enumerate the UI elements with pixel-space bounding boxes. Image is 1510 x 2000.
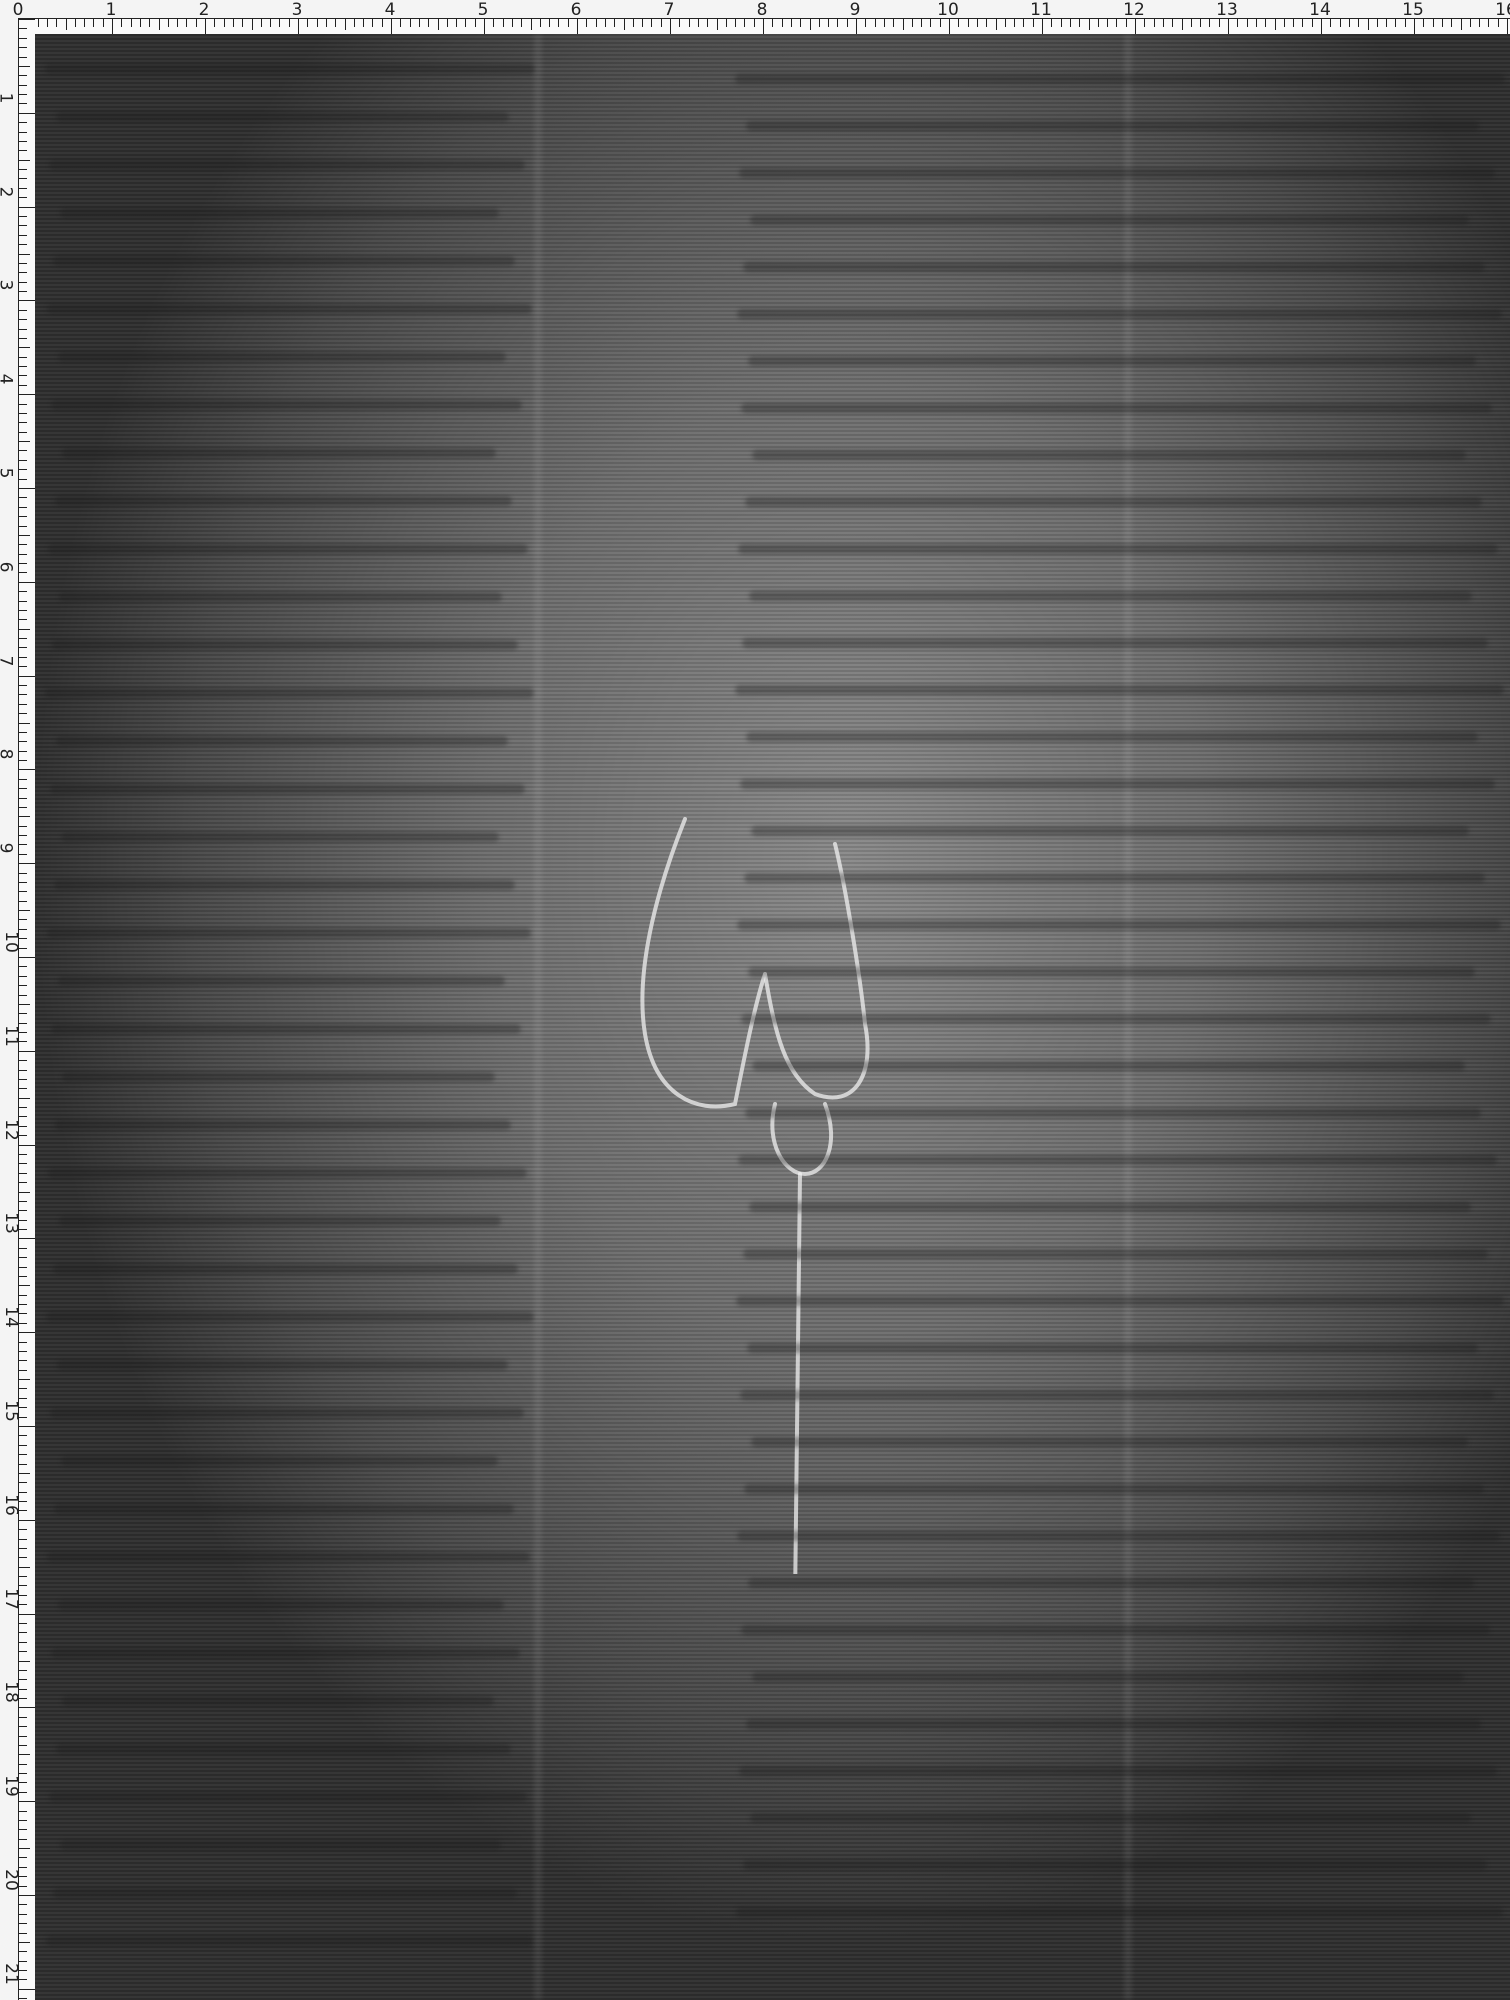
text-line	[738, 544, 1498, 554]
ruler-tick	[19, 1670, 27, 1671]
ruler-tick	[19, 1201, 27, 1202]
ruler-label: 2	[0, 186, 15, 197]
ruler-tick	[242, 19, 243, 27]
ruler-tick	[493, 19, 494, 27]
horizontal-ruler	[18, 18, 1510, 35]
ruler-tick	[19, 319, 27, 320]
ruler-tick	[1033, 19, 1034, 27]
ruler-tick	[19, 544, 27, 545]
text-line	[50, 1408, 524, 1418]
text-line	[53, 1888, 517, 1898]
text-line	[747, 1343, 1478, 1353]
ruler-tick	[19, 141, 27, 142]
ruler-tick	[19, 103, 27, 104]
ruler-tick	[19, 1764, 27, 1765]
ruler-tick	[19, 1820, 27, 1821]
text-line	[53, 256, 515, 266]
text-line	[51, 1024, 521, 1034]
ruler-tick	[19, 1848, 30, 1849]
ruler-tick	[19, 1379, 30, 1380]
ruler-tick	[558, 19, 559, 27]
ruler-label: 8	[0, 749, 15, 760]
ruler-tick	[19, 1304, 27, 1305]
ruler-tick	[1098, 19, 1099, 27]
ruler-tick	[19, 197, 27, 198]
text-line	[748, 1578, 1474, 1588]
ruler-tick	[19, 1520, 35, 1521]
ruler-tick	[19, 1182, 27, 1183]
ruler-tick	[19, 1276, 27, 1277]
text-line	[47, 304, 532, 314]
ruler-tick	[19, 94, 27, 95]
ruler-tick	[791, 19, 792, 27]
ruler-tick	[1209, 19, 1210, 27]
ruler-tick	[19, 497, 27, 498]
ruler-tick	[279, 19, 280, 27]
ruler-label: 20	[1, 1869, 21, 1891]
ruler-tick	[19, 910, 30, 911]
ruler-tick	[1395, 19, 1396, 27]
ruler-tick	[159, 19, 160, 30]
ruler-tick	[345, 19, 346, 30]
ruler-tick	[19, 254, 30, 255]
ruler-tick	[475, 19, 476, 27]
ruler-tick	[1247, 19, 1248, 27]
ruler-tick	[19, 1070, 27, 1071]
ruler-tick	[19, 1173, 27, 1174]
text-line	[736, 1296, 1504, 1306]
text-line	[742, 638, 1488, 648]
text-line	[55, 1120, 511, 1130]
text-line	[61, 1456, 498, 1466]
ruler-tick	[19, 225, 27, 226]
ruler-label: 17	[1, 1588, 21, 1610]
ruler-label: 11	[1, 1025, 21, 1047]
ruler-tick	[19, 1661, 30, 1662]
ruler-tick	[19, 178, 27, 179]
ruler-tick	[19, 1060, 27, 1061]
ruler-tick	[19, 976, 27, 977]
ruler-tick	[19, 535, 30, 536]
text-line	[62, 1696, 494, 1706]
ruler-label: 0	[13, 0, 24, 20]
ruler-tick	[735, 19, 736, 27]
ruler-tick	[19, 310, 27, 311]
ruler-tick	[93, 19, 94, 27]
ruler-label: 5	[0, 468, 15, 479]
ruler-tick	[19, 244, 27, 245]
text-line	[62, 1072, 495, 1082]
ruler-tick	[19, 216, 27, 217]
text-line	[62, 448, 496, 458]
ruler-tick	[19, 1435, 27, 1436]
ruler-tick	[19, 1651, 27, 1652]
ruler-tick	[19, 1145, 35, 1146]
ruler-tick	[670, 19, 671, 35]
ruler-tick	[837, 19, 838, 27]
ruler-tick	[465, 19, 466, 27]
text-line	[56, 1744, 511, 1754]
ruler-tick	[549, 19, 550, 27]
ruler-label: 15	[1, 1400, 21, 1422]
text-line	[743, 262, 1485, 272]
ruler-tick	[19, 75, 27, 76]
ruler-tick	[410, 19, 411, 27]
ruler-tick	[19, 441, 30, 442]
ruler-tick	[1182, 19, 1183, 30]
ruler-label: 14	[1309, 0, 1331, 20]
text-line	[49, 1792, 527, 1802]
text-line	[737, 1531, 1500, 1541]
ruler-tick	[1135, 19, 1136, 35]
ruler-label: 10	[937, 0, 959, 20]
ruler-label: 6	[571, 0, 582, 20]
ruler-tick	[19, 769, 35, 770]
ruler-tick	[19, 1989, 35, 1990]
ruler-tick	[744, 19, 745, 27]
text-line	[741, 1014, 1491, 1024]
ruler-tick	[19, 1576, 27, 1577]
ruler-tick	[19, 450, 27, 451]
ruler-tick	[19, 1857, 27, 1858]
ruler-tick	[19, 1079, 27, 1080]
ruler-tick	[19, 1388, 27, 1389]
ruler-tick	[177, 19, 178, 27]
ruler-tick	[810, 19, 811, 30]
ruler-tick	[540, 19, 541, 27]
ruler-tick	[19, 1360, 27, 1361]
ruler-tick	[75, 19, 76, 27]
watermark-icon	[615, 774, 935, 1574]
ruler-tick	[19, 1398, 27, 1399]
ruler-tick	[819, 19, 820, 27]
ruler-tick	[131, 19, 132, 27]
ruler-tick	[717, 19, 718, 30]
text-line	[47, 928, 531, 938]
ruler-tick	[19, 1895, 35, 1896]
text-line	[49, 160, 525, 170]
ruler-tick	[19, 526, 27, 527]
text-line	[745, 1108, 1481, 1118]
ruler-tick	[698, 19, 699, 27]
ruler-tick	[19, 1867, 27, 1868]
ruler-tick	[19, 751, 27, 752]
ruler-tick	[19, 347, 30, 348]
ruler-tick	[19, 1998, 27, 1999]
ruler-tick	[19, 1210, 27, 1211]
ruler-tick	[19, 1023, 27, 1024]
chain-line	[535, 34, 541, 2000]
ruler-tick	[912, 19, 913, 27]
ruler-tick	[977, 19, 978, 27]
text-line	[744, 873, 1485, 883]
manuscript-scan	[35, 34, 1510, 2000]
ruler-tick	[317, 19, 318, 27]
ruler-tick	[19, 704, 27, 705]
ruler-tick	[140, 19, 141, 27]
ruler-label: 1	[0, 92, 15, 103]
ruler-tick	[754, 19, 755, 27]
ruler-label: 11	[1030, 0, 1052, 20]
text-line	[736, 1907, 1503, 1917]
ruler-tick	[372, 19, 373, 27]
ruler-tick	[19, 357, 27, 358]
ruler-tick	[614, 19, 615, 27]
text-line	[737, 309, 1502, 319]
ruler-tick	[19, 150, 27, 151]
ruler-tick	[19, 1567, 30, 1568]
text-line	[751, 826, 1469, 836]
ruler-tick	[261, 19, 262, 27]
ruler-tick	[19, 957, 35, 958]
ruler-tick	[428, 19, 429, 27]
ruler-label: 3	[292, 0, 303, 20]
ruler-tick	[19, 1745, 27, 1746]
ruler-tick	[930, 19, 931, 27]
ruler-tick	[19, 1942, 30, 1943]
ruler-label: 10	[1, 931, 21, 953]
ruler-tick	[252, 19, 253, 30]
ruler-tick	[19, 835, 27, 836]
ruler-tick	[84, 19, 85, 27]
ruler-tick	[19, 1839, 27, 1840]
ruler-tick	[19, 666, 27, 667]
ruler-tick	[856, 19, 857, 35]
ruler-label: 16	[1495, 0, 1510, 20]
ruler-tick	[1358, 19, 1359, 27]
ruler-tick	[19, 647, 27, 648]
ruler-tick	[19, 28, 27, 29]
ruler-tick	[335, 19, 336, 27]
text-line	[748, 356, 1476, 366]
ruler-tick	[19, 1098, 30, 1099]
text-line	[743, 1860, 1487, 1870]
text-line	[60, 1840, 501, 1850]
ruler-tick	[19, 863, 35, 864]
ruler-tick	[707, 19, 708, 27]
ruler-label: 12	[1123, 0, 1145, 20]
ruler-tick	[19, 132, 27, 133]
ruler-label: 2	[199, 0, 210, 20]
ruler-label: 21	[1, 1963, 21, 1985]
ruler-tick	[19, 1116, 27, 1117]
ruler-tick	[298, 19, 299, 35]
ruler-tick	[1089, 19, 1090, 30]
ruler-label: 6	[0, 561, 15, 572]
ruler-tick	[19, 676, 35, 677]
ruler-tick	[19, 995, 27, 996]
ruler-tick	[865, 19, 866, 27]
ruler-tick	[149, 19, 150, 27]
ruler-tick	[1321, 19, 1322, 35]
ruler-tick	[19, 572, 27, 573]
ruler-tick	[1163, 19, 1164, 27]
ruler-tick	[1051, 19, 1052, 27]
ruler-tick	[121, 19, 122, 27]
text-line	[752, 1672, 1464, 1682]
text-line	[51, 1648, 520, 1658]
ruler-tick	[112, 19, 113, 35]
ruler-tick	[19, 1801, 35, 1802]
text-line	[46, 1936, 533, 1946]
ruler-tick	[214, 19, 215, 27]
ruler-tick	[19, 1529, 27, 1530]
ruler-tick	[1488, 19, 1489, 27]
text-line	[58, 352, 506, 362]
ruler-label: 18	[1, 1682, 21, 1704]
text-line	[740, 1390, 1494, 1400]
ruler-tick	[19, 1951, 27, 1952]
ruler-tick	[1219, 19, 1220, 27]
ruler-tick	[763, 19, 764, 35]
ruler-tick	[19, 741, 27, 742]
ruler-label: 8	[757, 0, 768, 20]
ruler-tick	[1126, 19, 1127, 27]
ruler-tick	[1423, 19, 1424, 27]
ruler-tick	[19, 1923, 27, 1924]
ruler-tick	[19, 1473, 30, 1474]
ruler-tick	[19, 422, 27, 423]
ruler-tick	[19, 507, 27, 508]
ruler-tick	[19, 891, 27, 892]
text-line	[746, 1719, 1481, 1729]
ruler-tick	[38, 19, 39, 27]
ruler-tick	[19, 488, 35, 489]
ruler-tick	[484, 19, 485, 35]
ruler-label: 14	[1, 1306, 21, 1328]
ruler-tick	[19, 1632, 27, 1633]
text-line	[746, 121, 1479, 131]
ruler-tick	[19, 1614, 35, 1615]
ruler-tick	[19, 516, 27, 517]
ruler-tick	[19, 460, 27, 461]
text-line	[47, 1552, 530, 1562]
ruler-tick	[726, 19, 727, 27]
ruler-label: 16	[1, 1494, 21, 1516]
ruler-tick	[19, 272, 27, 273]
ruler-tick	[19, 1642, 27, 1643]
ruler-tick	[19, 338, 27, 339]
ruler-tick	[19, 619, 27, 620]
ruler-tick	[19, 207, 35, 208]
text-line	[751, 1437, 1468, 1447]
ruler-label: 13	[1, 1213, 21, 1235]
ruler-tick	[19, 1107, 27, 1108]
ruler-tick	[19, 329, 27, 330]
ruler-tick	[986, 19, 987, 27]
ruler-tick	[19, 366, 27, 367]
ruler-tick	[19, 1332, 35, 1333]
text-line	[48, 544, 528, 554]
ruler-tick	[196, 19, 197, 27]
text-line	[739, 1766, 1497, 1776]
ruler-tick	[1498, 19, 1499, 27]
ruler-tick	[19, 38, 27, 39]
ruler-tick	[1228, 19, 1229, 35]
ruler-tick	[19, 723, 30, 724]
ruler-tick	[19, 582, 35, 583]
ruler-tick	[1405, 19, 1406, 27]
ruler-tick	[19, 1548, 27, 1549]
ruler-tick	[921, 19, 922, 27]
ruler-tick	[19, 57, 27, 58]
text-line	[735, 685, 1504, 695]
ruler-tick	[19, 1426, 35, 1427]
ruler-tick	[19, 966, 27, 967]
ruler-tick	[19, 235, 27, 236]
text-line	[45, 64, 535, 74]
ruler-tick	[651, 19, 652, 27]
ruler-tick	[419, 19, 420, 27]
ruler-label: 13	[1216, 0, 1238, 20]
ruler-tick	[1507, 19, 1508, 35]
ruler-tick	[1368, 19, 1369, 30]
ruler-tick	[586, 19, 587, 27]
ruler-tick	[1172, 19, 1173, 27]
ruler-tick	[19, 1257, 27, 1258]
ruler-tick	[19, 854, 27, 855]
ruler-tick	[19, 1539, 27, 1540]
ruler-tick	[577, 19, 578, 35]
ruler-tick	[19, 47, 27, 48]
ruler-tick	[19, 1248, 27, 1249]
ruler-tick	[47, 19, 48, 27]
ruler-tick	[940, 19, 941, 27]
ruler-tick	[642, 19, 643, 27]
ruler-tick	[224, 19, 225, 27]
ruler-tick	[19, 1004, 30, 1005]
text-line	[735, 74, 1505, 84]
ruler-tick	[19, 1736, 27, 1737]
ruler-tick	[1116, 19, 1117, 27]
text-line	[737, 920, 1501, 930]
ruler-tick	[19, 1914, 27, 1915]
ruler-tick	[19, 788, 27, 789]
ruler-tick	[233, 19, 234, 27]
ruler-tick	[19, 394, 35, 395]
text-line	[745, 497, 1482, 507]
ruler-tick	[1302, 19, 1303, 27]
ruler-label: 5	[478, 0, 489, 20]
ruler-tick	[1377, 19, 1378, 27]
ruler-tick	[19, 1829, 27, 1830]
ruler-tick	[168, 19, 169, 27]
text-line	[59, 1216, 501, 1226]
ruler-tick	[19, 1961, 27, 1962]
text-line	[749, 1202, 1471, 1212]
ruler-tick	[19, 66, 30, 67]
ruler-tick	[903, 19, 904, 30]
text-line	[56, 736, 508, 746]
ruler-label: 12	[1, 1119, 21, 1141]
text-line	[749, 591, 1472, 601]
ruler-tick	[19, 1717, 27, 1718]
ruler-tick	[19, 657, 27, 658]
ruler-tick	[605, 19, 606, 27]
ruler-tick	[772, 19, 773, 27]
ruler-tick	[1014, 19, 1015, 27]
ruler-tick	[949, 19, 950, 35]
ruler-tick	[19, 263, 27, 264]
ruler-tick	[661, 19, 662, 27]
ruler-tick	[1191, 19, 1192, 27]
ruler-tick	[19, 1492, 27, 1493]
ruler-tick	[19, 1088, 27, 1089]
ruler-tick	[19, 479, 27, 480]
ruler-tick	[186, 19, 187, 27]
ruler-tick	[19, 816, 30, 817]
ruler-label: 9	[850, 0, 861, 20]
